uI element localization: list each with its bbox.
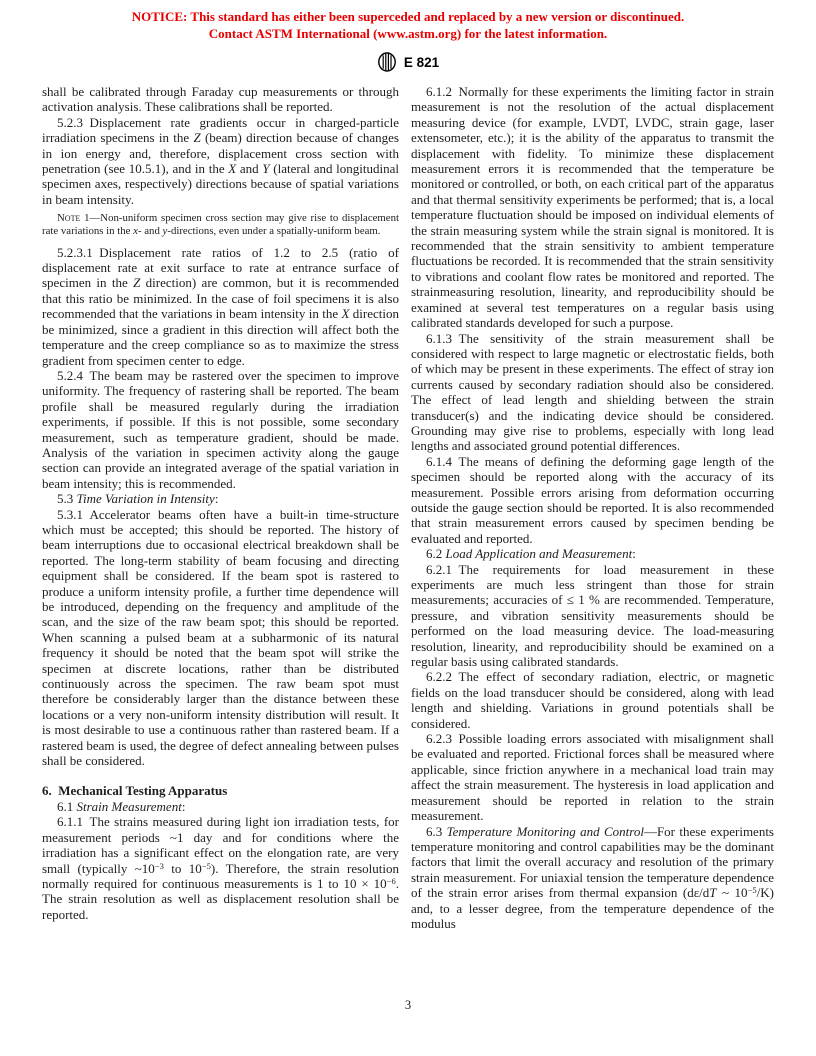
paragraph: shall be calibrated through Faraday cup …: [42, 84, 399, 115]
page-number: 3: [0, 998, 816, 1013]
paragraph: 6.1.2 Normally for these experiments the…: [411, 84, 774, 331]
right-column: 6.1.2 Normally for these experiments the…: [411, 84, 774, 999]
paragraph: 5.2.4 The beam may be rastered over the …: [42, 368, 399, 491]
paragraph: 5.3.1 Accelerator beams often have a bui…: [42, 507, 399, 769]
paragraph: 6.3 Temperature Monitoring and Control—F…: [411, 824, 774, 932]
masthead: E 821: [0, 50, 816, 74]
paragraph: 6.2 Load Application and Measurement:: [411, 546, 774, 561]
paragraph: 6.2.2 The effect of secondary radiation,…: [411, 669, 774, 731]
section-heading: 6. Mechanical Testing Apparatus: [42, 783, 399, 798]
paragraph: 6.2.3 Possible loading errors associated…: [411, 731, 774, 823]
paragraph: 5.2.3 Displacement rate gradients occur …: [42, 115, 399, 207]
paragraph: 6.1.3 The sensitivity of the strain meas…: [411, 331, 774, 454]
paragraph: 6.1 Strain Measurement:: [42, 799, 399, 814]
notice-line-1: NOTICE: This standard has either been su…: [0, 9, 816, 26]
paragraph: 6.1.4 The means of defining the deformin…: [411, 454, 774, 546]
paragraph: 5.3 Time Variation in Intensity:: [42, 491, 399, 506]
standard-designation: E 821: [404, 55, 439, 70]
document-page: NOTICE: This standard has either been su…: [0, 0, 816, 1056]
left-column: shall be calibrated through Faraday cup …: [42, 84, 399, 999]
paragraph: 6.1.1 The strains measured during light …: [42, 814, 399, 922]
paragraph: 6.2.1 The requirements for load measurem…: [411, 562, 774, 670]
notice-line-2: Contact ASTM International (www.astm.org…: [0, 26, 816, 43]
supersession-notice: NOTICE: This standard has either been su…: [0, 9, 816, 42]
paragraph: 5.2.3.1 Displacement rate ratios of 1.2 …: [42, 245, 399, 368]
astm-logo-icon: [377, 52, 397, 72]
note-paragraph: Note 1—Non-uniform specimen cross sectio…: [42, 212, 399, 238]
two-column-text: shall be calibrated through Faraday cup …: [42, 84, 774, 999]
